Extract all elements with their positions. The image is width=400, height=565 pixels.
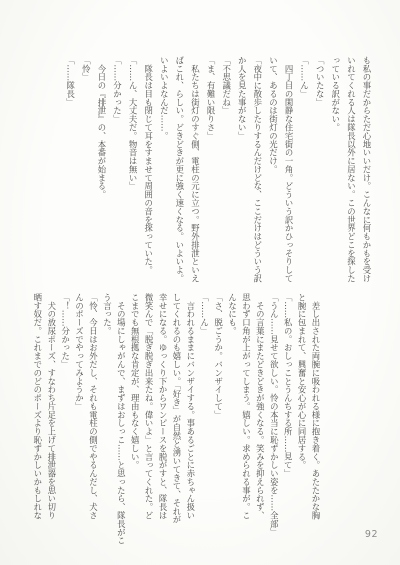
page-number: 92 <box>365 529 378 540</box>
vertical-text-band-top: も私の事だからただ心地いいだけ。こんなに何もかもを受け いれてくれる人は隊長以外… <box>62 56 374 292</box>
vertical-text-band-bottom: 差し出された両腕に吸われる様に抱き着く。あたたかな胸 と腕に包まれて、興奮と安心… <box>30 293 322 551</box>
book-page: も私の事だからただ心地いいだけ。こんなに何もかもを受け いれてくれる人は隊長以外… <box>0 0 400 565</box>
